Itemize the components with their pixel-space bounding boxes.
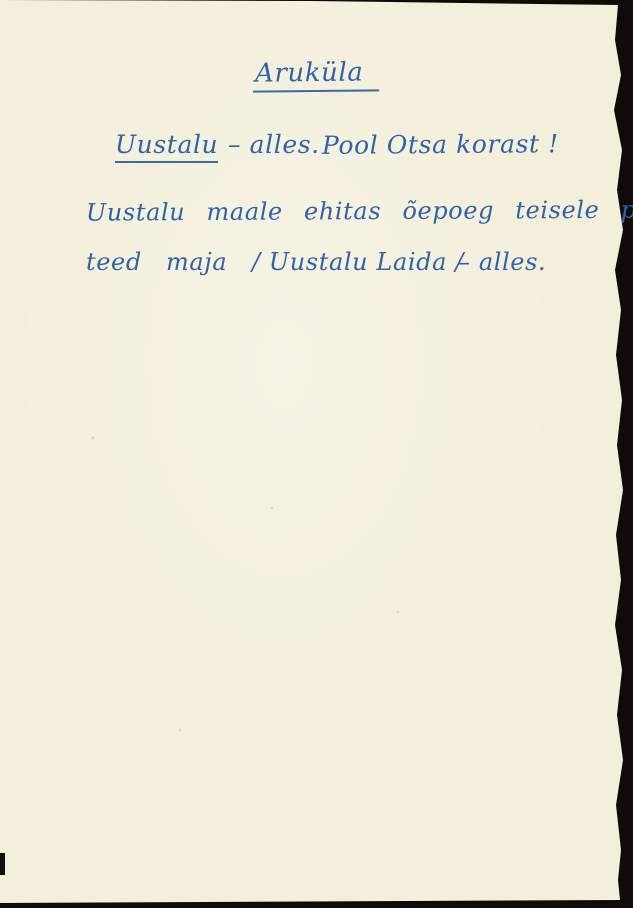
body-line-2-end: – alles.: [458, 248, 546, 276]
note-title-row: Aruküla: [0, 58, 633, 92]
underlined-farm-name: Uustalu: [115, 130, 218, 163]
line1-remark: Pool Otsa korast !: [322, 129, 559, 160]
line1-farm-name: Uustalu: [115, 130, 218, 159]
body-line-2-start: teed maja: [86, 248, 227, 276]
body-line-1: Uustalu maale ehitas õepoeg teisele pool…: [86, 195, 633, 226]
body-line-2-parenthetical: / Uustalu Laida /: [252, 248, 464, 276]
note-title: Aruküla: [253, 57, 380, 92]
scan-edge-notch: [0, 853, 5, 875]
line1-status: – alles.: [228, 130, 320, 159]
